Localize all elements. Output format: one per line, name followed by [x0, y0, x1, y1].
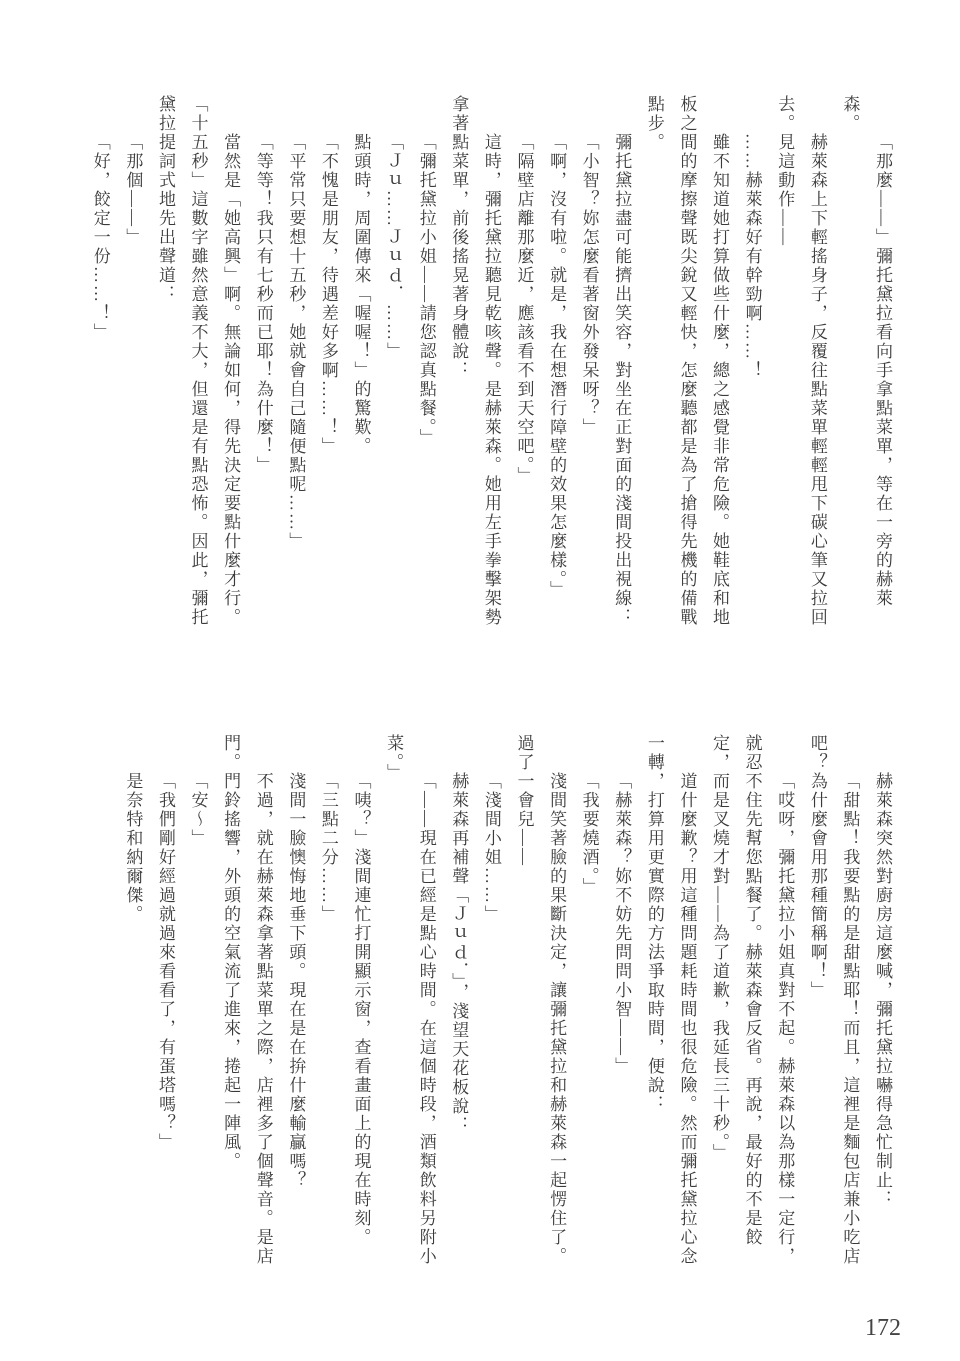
text-column: 「好，餃定一份……！」	[83, 95, 116, 627]
text-column: 「三點二分……」	[311, 734, 344, 1266]
text-column: 「等等！我只有七秒而已耶！為什麼！」	[246, 95, 279, 627]
text-column: 定，而是叉燒才對——為了道歉，我延長三十秒。」	[702, 734, 735, 1266]
text-column: 「十五秒」這數字雖然意義不大，但還是有點恐怖。因此，彌托	[181, 95, 214, 627]
text-column: 「赫萊森？妳不妨先問問小智——」	[605, 734, 638, 1266]
text-column: 森。	[833, 95, 866, 627]
text-column: 「平常只要想十五秒，她就會自己隨便點呢……」	[279, 95, 312, 627]
text-column: 點頭時，周圍傳來「喔喔！」的驚歎。	[344, 95, 377, 627]
text-column: 菜。」	[377, 734, 410, 1266]
text-column: 赫萊森突然對廚房這麼喊，彌托黛拉嚇得急忙制止：	[865, 734, 898, 1266]
text-column: ……赫萊森好有幹勁啊……！	[735, 95, 768, 627]
text-column: 「那麼——」彌托黛拉看向手拿點菜單，等在一旁的赫萊	[865, 95, 898, 627]
text-column: 板之間的摩擦聲既尖銳又輕快，怎麼聽都是為了搶得先機的備戰	[670, 95, 703, 627]
text-column: 「不愧是朋友，待遇差好多啊……！」	[311, 95, 344, 627]
text-column: 一轉，打算用更實際的方法爭取時間，便說：	[637, 734, 670, 1266]
text-column: 「Ｊｕ……Ｊｕｄ．……」	[377, 95, 410, 627]
text-column: 赫萊森上下輕搖身子，反覆往點菜單輕輕甩下碳心筆又拉回	[800, 95, 833, 627]
text-column: 就忍不住先幫您點餐了。赫萊森會反省。再說，最好的不是餃	[735, 734, 768, 1266]
text-column: 「咦？」淺間連忙打開顯示窗，查看畫面上的現在時刻。	[344, 734, 377, 1266]
text-column: 赫萊森再補聲「Ｊｕｄ．」，淺望天花板說：	[442, 734, 475, 1266]
text-column: 「安～」	[181, 734, 214, 1266]
text-column: 黛拉提詞式地先出聲道：	[148, 95, 181, 627]
text-column: 點步。	[637, 95, 670, 627]
page-number: 172	[865, 1315, 901, 1342]
text-column: 「小智？妳怎麼看著窗外發呆呀？」	[572, 95, 605, 627]
text-column: 「啊，沒有啦。就是，我在想潛行障壁的效果怎麼樣。」	[539, 95, 572, 627]
text-column: 淺間一臉懊悔地垂下頭。現在是在拚什麼輸贏嗎？	[279, 734, 312, 1266]
text-column: 彌托黛拉盡可能擠出笑容，對坐在正對面的淺間投出視線：	[605, 95, 638, 627]
bottom-text-block: 赫萊森突然對廚房這麼喊，彌托黛拉嚇得急忙制止： 「甜點！我要點的是甜點耶！而且，…	[116, 734, 898, 1266]
text-column: 「哎呀，彌托黛拉小姐真對不起。赫萊森以為那樣一定行，	[768, 734, 801, 1266]
text-column: 「隔壁店離那麼近，應該看不到天空吧。」	[507, 95, 540, 627]
text-column: 這時，彌托黛拉聽見乾咳聲。是赫萊森。她用左手拳擊架勢	[474, 95, 507, 627]
text-column: 去。見這動作——	[768, 95, 801, 627]
text-column: 不過，就在赫萊森拿著點菜單之際，店裡多了個聲音。是店	[246, 734, 279, 1266]
text-column: 「我們剛好經過就過來看看了，有蛋塔嗎？」	[148, 734, 181, 1266]
top-text-block: 「那麼——」彌托黛拉看向手拿點菜單，等在一旁的赫萊 森。 赫萊森上下輕搖身子，反…	[83, 95, 898, 627]
text-column: 門。門鈴搖響，外頭的空氣流了進來，捲起一陣風。	[214, 734, 247, 1266]
text-column: 「——現在已經是點心時間。在這個時段，酒類飲料另附小	[409, 734, 442, 1266]
text-column: 「彌托黛拉小姐——請您認真點餐。」	[409, 95, 442, 627]
text-column: 「那個——」	[116, 95, 149, 627]
text-column: 過了一會兒——	[507, 734, 540, 1266]
text-column: 是奈特和納爾傑。	[116, 734, 149, 1266]
text-column: 吧？為什麼會用那種簡稱啊！」	[800, 734, 833, 1266]
text-column: 淺間笑著臉的果斷決定，讓彌托黛拉和赫萊森一起愣住了。	[539, 734, 572, 1266]
text-column: 道什麼歉？用這種問題耗時間也很危險。然而彌托黛拉心念	[670, 734, 703, 1266]
text-column: 雖不知道她打算做些什麼，總之感覺非常危險。她鞋底和地	[702, 95, 735, 627]
text-column: 當然是「她高興」啊。無論如何，得先決定要點什麼才行。	[214, 95, 247, 627]
text-column: 「甜點！我要點的是甜點耶！而且，這裡是麵包店兼小吃店	[833, 734, 866, 1266]
text-column: 「我要燒酒。」	[572, 734, 605, 1266]
text-column: 拿著點菜單，前後搖晃著身體說：	[442, 95, 475, 627]
text-column: 「淺間小姐……」	[474, 734, 507, 1266]
